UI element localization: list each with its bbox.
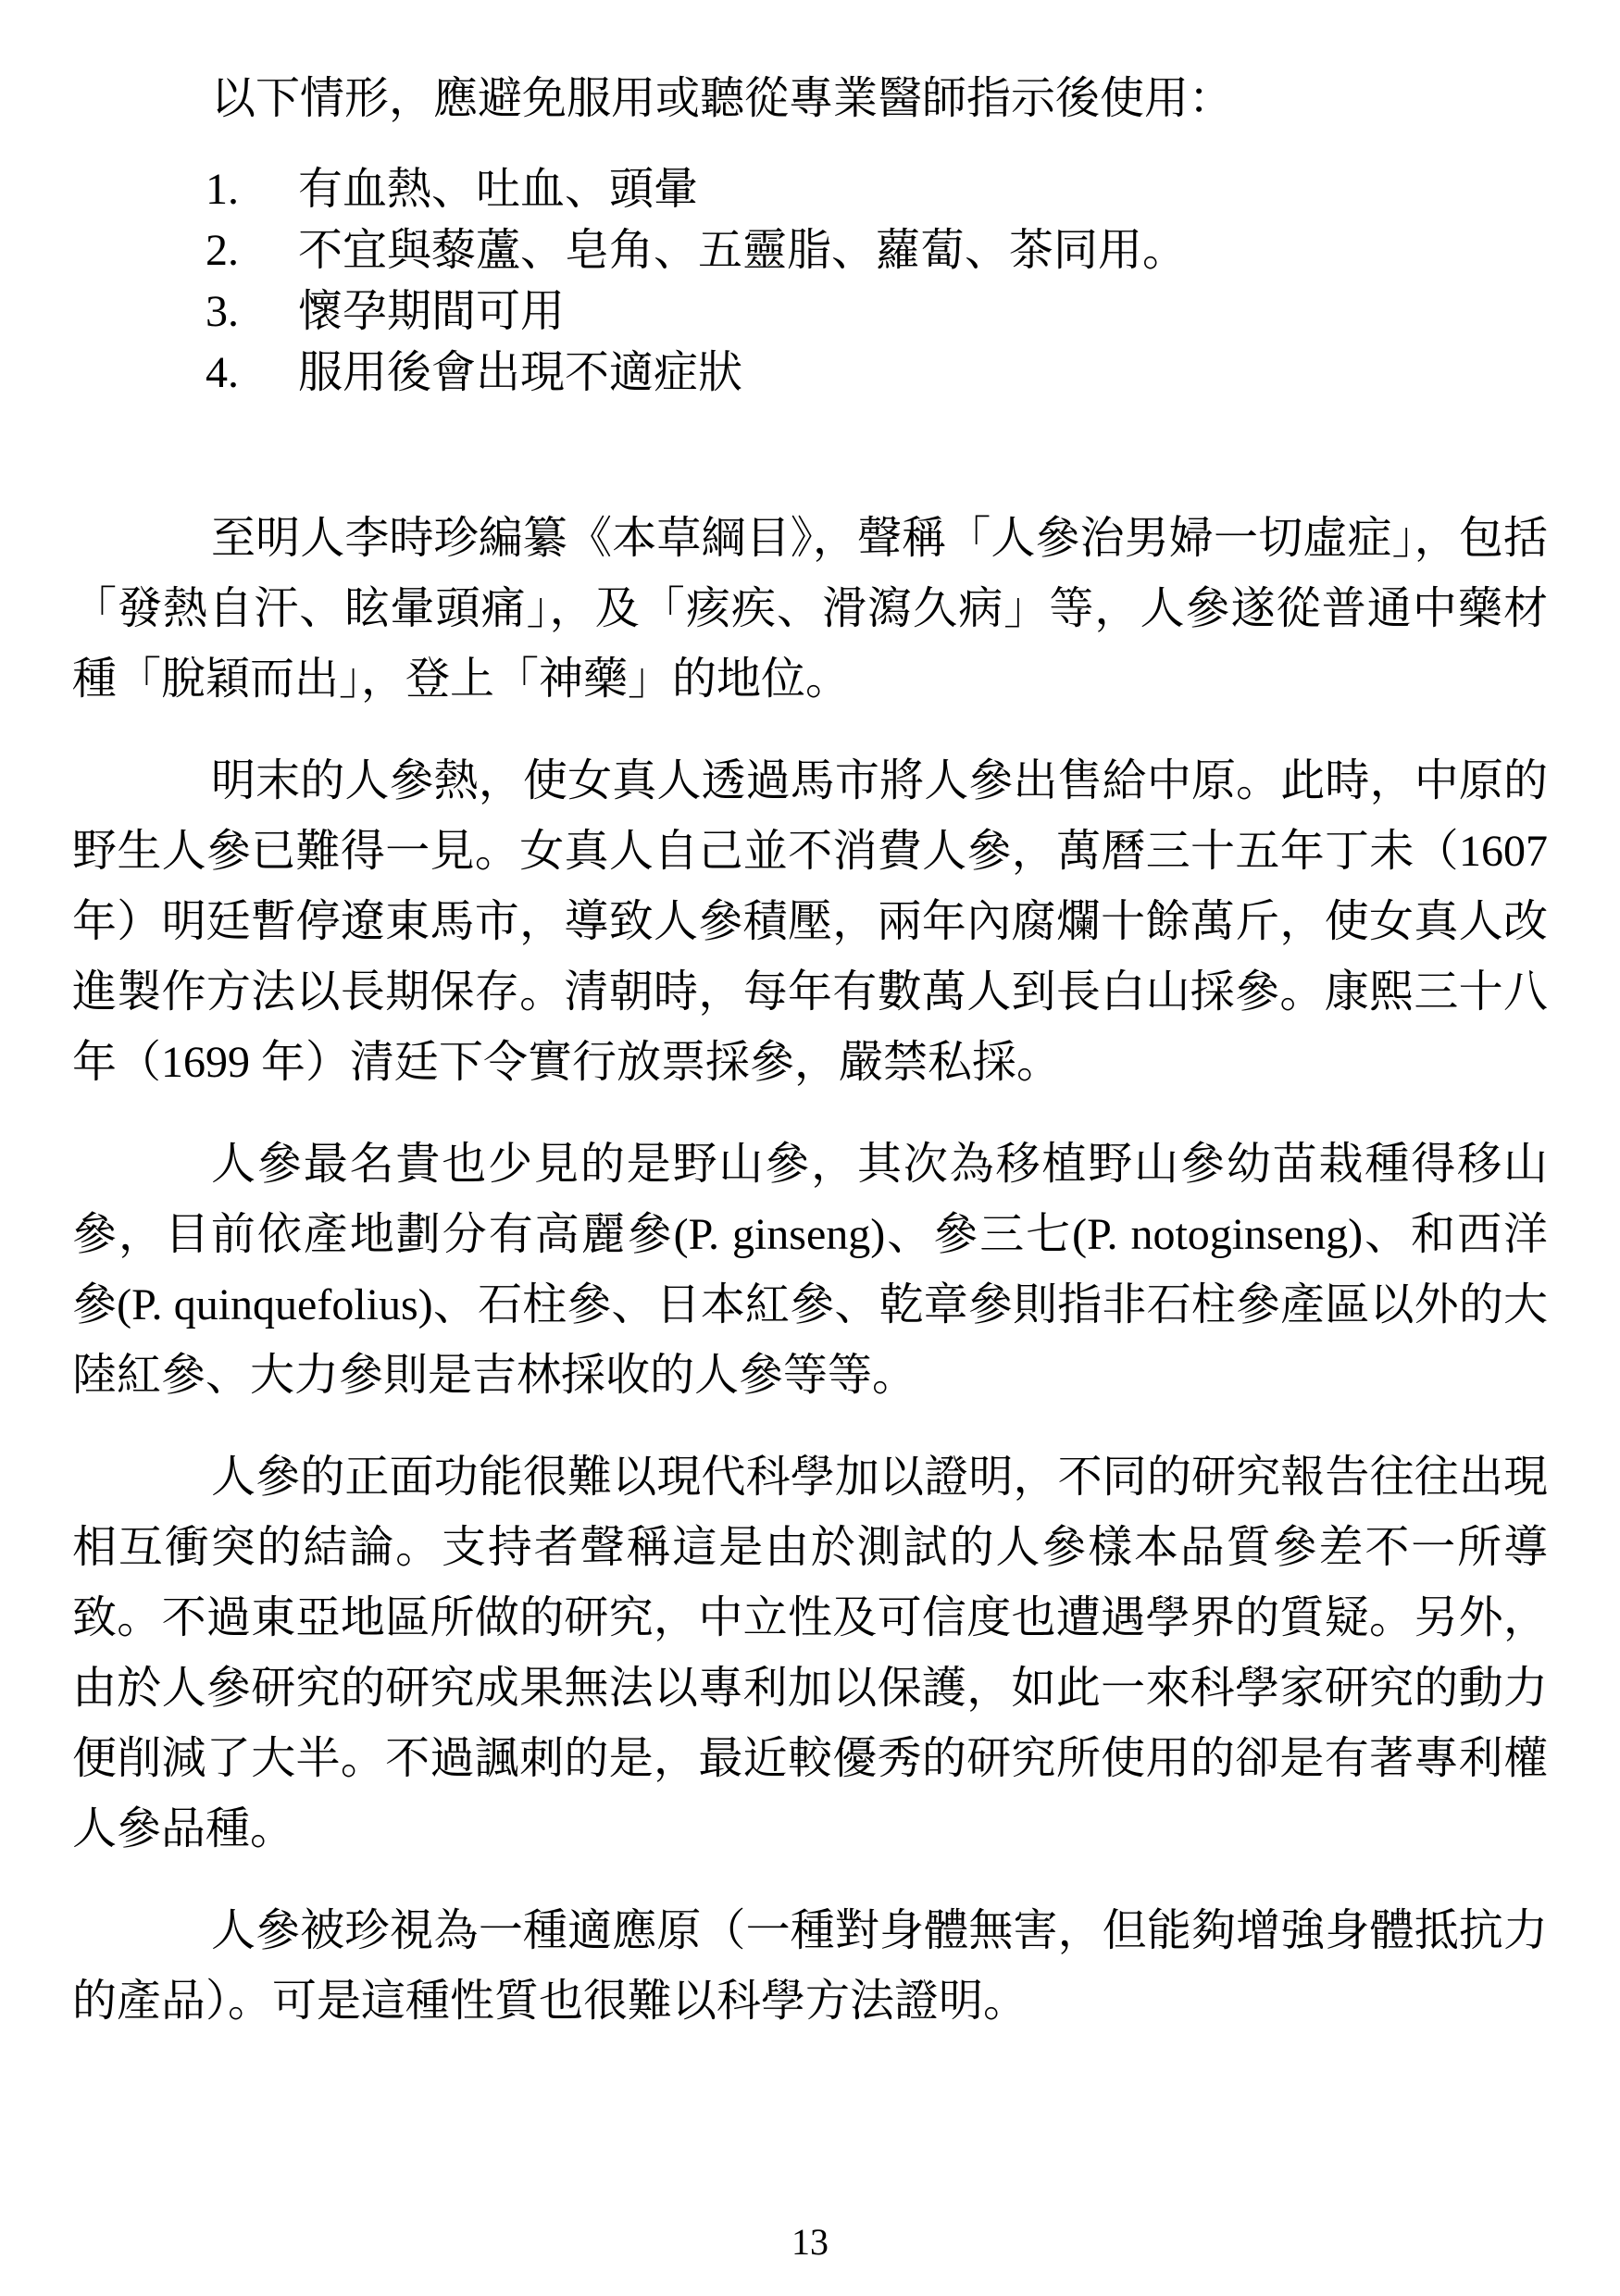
page-number: 13 [0, 2220, 1620, 2265]
list-item-number: 4. [206, 343, 298, 404]
list-item-number: 3. [206, 281, 298, 343]
body-paragraph-ming-qing-history: 明末的人參熱，使女真人透過馬市將人參出售給中原。此時，中原的野生人參已難得一見。… [72, 746, 1548, 1098]
list-item: 4. 服用後會出現不適症狀 [206, 343, 1548, 404]
document-page: 以下情形，應避免服用或聽從專業醫師指示後使用： 1. 有血熱、吐血、頭暈 2. … [0, 0, 1620, 2296]
list-item: 2. 不宜與藜蘆、皂角、五靈脂、蘿蔔、茶同用。 [206, 220, 1548, 281]
body-paragraph-scientific-research: 人參的正面功能很難以現代科學加以證明，不同的研究報告往往出現相互衝突的結論。支持… [72, 1442, 1548, 1865]
list-item: 3. 懷孕期間可用 [206, 281, 1548, 343]
body-paragraph-adaptogen: 人參被珍視為一種適應原（一種對身體無害，但能夠增強身體抵抗力的產品）。可是這種性… [72, 1896, 1548, 2037]
list-item-text: 有血熱、吐血、頭暈 [298, 159, 1548, 220]
body-paragraph-ginseng-varieties: 人參最名貴也少見的是野山參，其次為移植野山參幼苗栽種得移山參，目前依產地劃分有高… [72, 1129, 1548, 1411]
list-item-number: 1. [206, 159, 298, 220]
precaution-list: 1. 有血熱、吐血、頭暈 2. 不宜與藜蘆、皂角、五靈脂、蘿蔔、茶同用。 3. … [206, 159, 1548, 404]
list-item-text: 服用後會出現不適症狀 [298, 343, 1548, 404]
list-item: 1. 有血熱、吐血、頭暈 [206, 159, 1548, 220]
intro-paragraph: 以下情形，應避免服用或聽從專業醫師指示後使用： [72, 63, 1548, 135]
list-item-text: 不宜與藜蘆、皂角、五靈脂、蘿蔔、茶同用。 [298, 220, 1548, 281]
body-paragraph-bencao-gangmu: 至明人李時珍編纂《本草綱目》，聲稱「人參治男婦一切虛症」，包括「發熱自汗、眩暈頭… [72, 504, 1548, 715]
list-item-text: 懷孕期間可用 [298, 281, 1548, 343]
list-item-number: 2. [206, 220, 298, 281]
